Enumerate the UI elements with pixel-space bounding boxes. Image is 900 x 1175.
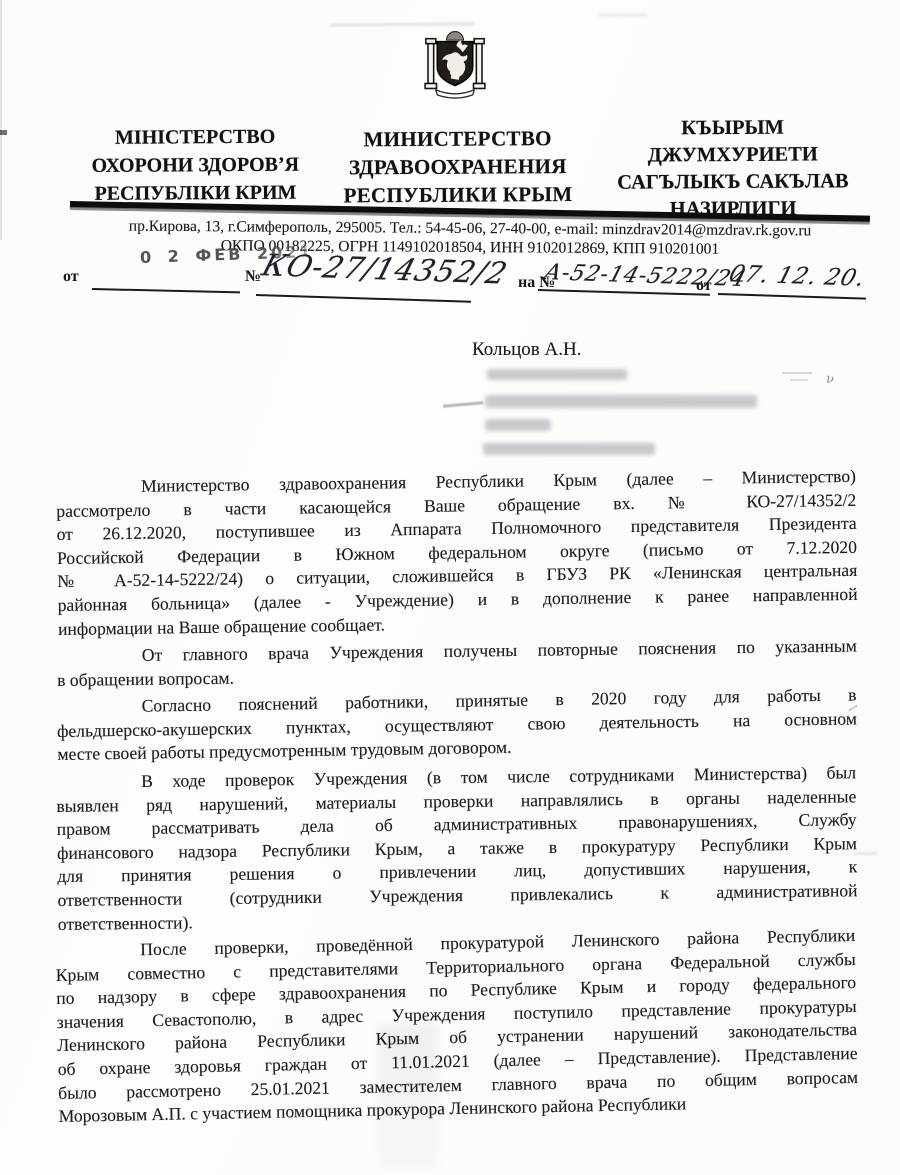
from-label: от [63, 268, 79, 286]
scanned-letter-page: МІНІСТЕРСТВО ОХОРОНИ ЗДОРОВ’Я РЕСПУБЛІКИ… [0, 0, 900, 1175]
letter-body: Министерство здравоохранения Республики … [57, 476, 857, 1133]
letterhead-line: МІНІСТЕРСТВО [75, 123, 315, 152]
scan-smudge [855, 852, 877, 855]
scan-dash [782, 372, 812, 374]
scan-smudge [598, 13, 648, 17]
scan-pen-mark: ν [825, 371, 835, 387]
letterhead-ministry-ukrainian: МІНІСТЕРСТВО ОХОРОНИ ЗДОРОВ’Я РЕСПУБЛІКИ… [75, 123, 316, 227]
paragraph-1: Министерство здравоохранения Республики … [56, 465, 858, 641]
crimea-coat-of-arms-svg [423, 30, 487, 100]
incoming-date-line [718, 293, 866, 300]
incoming-date-handwriting: 07. 12. 20. [726, 261, 869, 291]
letterhead-line: КЪЫРЫМ [600, 114, 865, 143]
letterhead-line: ОХОРОНИ ЗДОРОВ’Я [75, 151, 315, 180]
outgoing-number-handwriting: КО-27/14352/2 [258, 248, 512, 291]
scan-smudge [330, 22, 475, 26]
crimea-coat-of-arms-icon [423, 30, 487, 100]
addressee-name: Кольцов А.Н. [472, 339, 581, 361]
paragraph-2: От главного врача Учреждения получены по… [57, 635, 858, 693]
scan-dash [443, 401, 483, 407]
letterhead-line: САГЪЛЫКЪ САКЪЛАВ [600, 168, 865, 197]
redacted-address-line [487, 369, 627, 380]
paragraph-3: Согласно пояснений работники, принятые в… [56, 684, 857, 767]
redacted-address-line [485, 419, 551, 431]
from-date-blank-line [92, 288, 240, 293]
letterhead-line: ЗДРАВООХРАНЕНИЯ [320, 152, 595, 182]
letterhead-line: РЕСПУБЛИКИ КРЫМ [320, 180, 595, 210]
redacted-address-line [485, 395, 757, 408]
letterhead-line: МИНИСТЕРСТВО [320, 124, 595, 154]
incoming-date-label: от [696, 277, 712, 295]
paragraph-4: В ходе проверок Учреждения (в том числе … [56, 761, 858, 936]
redacted-address-line [483, 443, 655, 455]
letterhead-line: ДЖУМХУРИЕТИ [600, 141, 865, 170]
scan-speck [0, 130, 7, 135]
incoming-number-handwriting: А-52-14-5222/24 [541, 260, 749, 292]
outgoing-number-line [256, 294, 471, 303]
scan-dash [790, 379, 808, 381]
paragraph-5: После проверки, проведённой прокуратурой… [55, 924, 859, 1129]
letterhead-ministry-crimean-tatar: КЪЫРЫМ ДЖУМХУРИЕТИ САГЪЛЫКЪ САКЪЛАВ НАЗИ… [600, 114, 866, 224]
scan-edge-shadow [0, 0, 2, 240]
